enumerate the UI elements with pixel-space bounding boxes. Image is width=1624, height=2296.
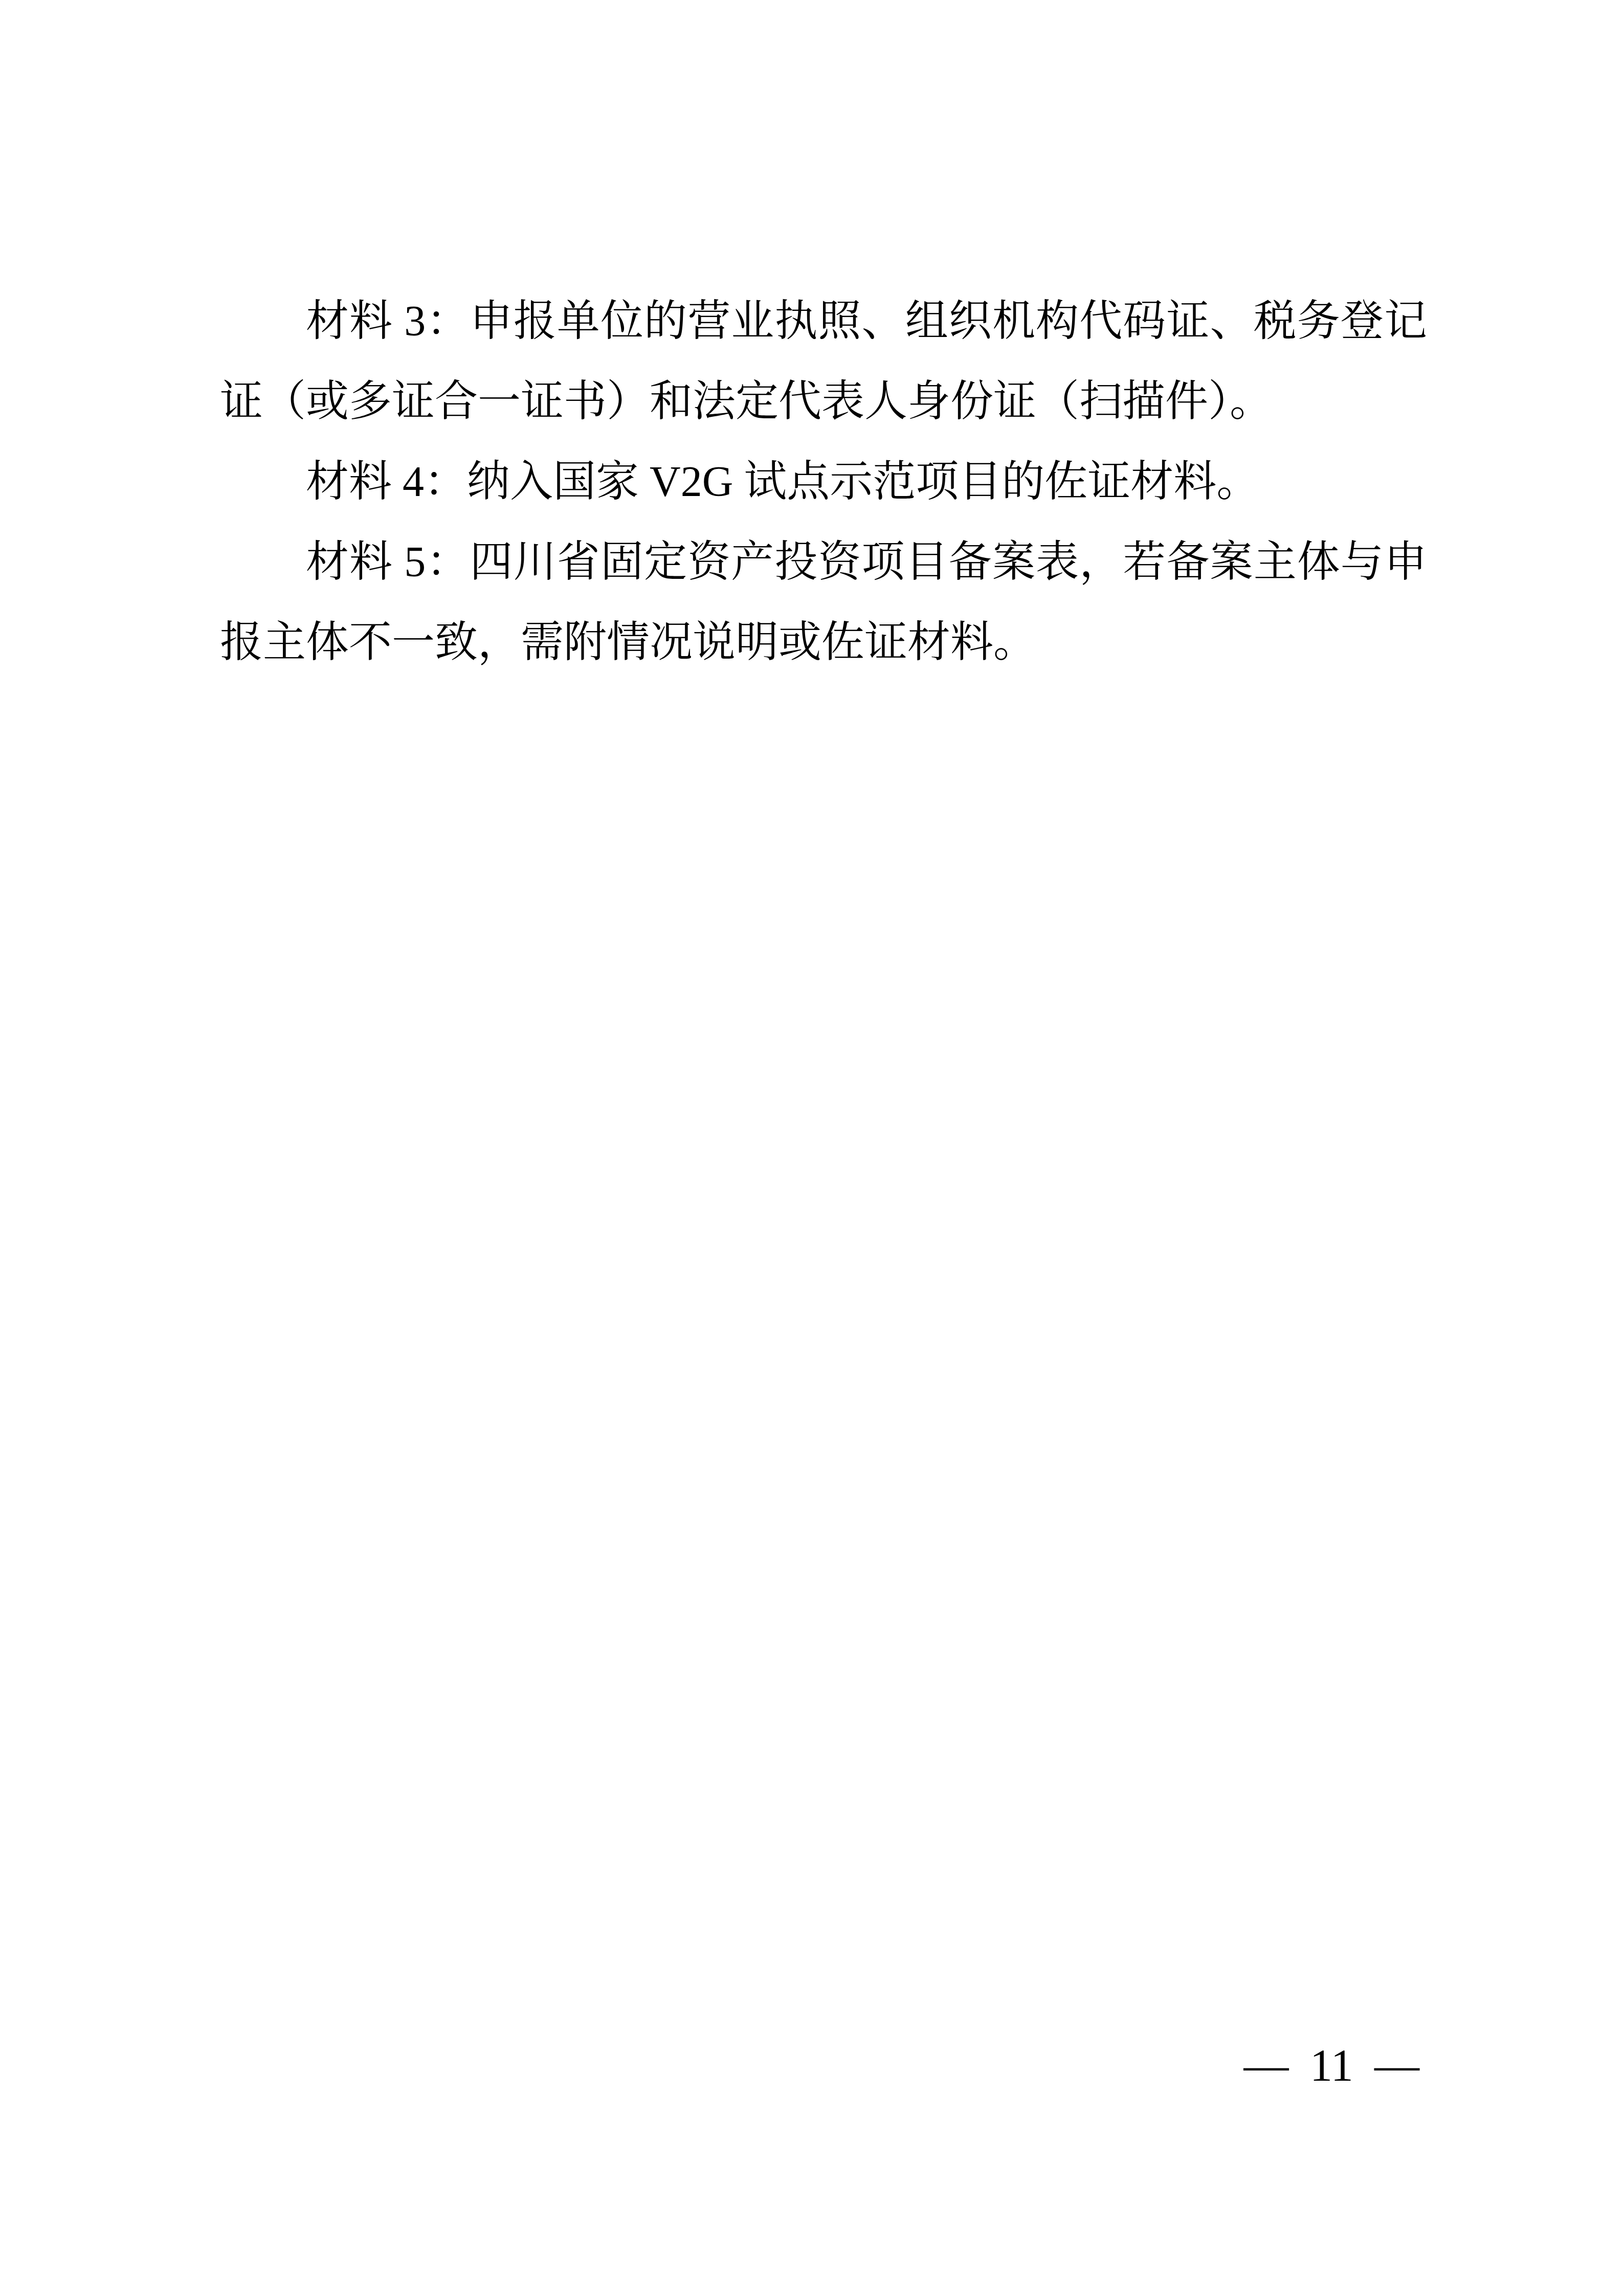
paragraph-line: 证（或多证合一证书）和法定代表人身份证（扫描件）。 bbox=[220, 362, 1427, 442]
paragraph-material-5: 材料 5：四川省固定资产投资项目备案表，若备案主体与申 报主体不一致，需附情况说… bbox=[220, 522, 1427, 683]
document-page: 材料 3：申报单位的营业执照、组织机构代码证、税务登记 证（或多证合一证书）和法… bbox=[0, 0, 1624, 2296]
paragraph-line: 材料 3：申报单位的营业执照、组织机构代码证、税务登记 bbox=[220, 281, 1427, 362]
paragraph-line: 报主体不一致，需附情况说明或佐证材料。 bbox=[220, 602, 1427, 683]
paragraph-line: 材料 4：纳入国家 V2G 试点示范项目的佐证材料。 bbox=[220, 442, 1427, 522]
document-body: 材料 3：申报单位的营业执照、组织机构代码证、税务登记 证（或多证合一证书）和法… bbox=[220, 281, 1427, 683]
paragraph-material-3: 材料 3：申报单位的营业执照、组织机构代码证、税务登记 证（或多证合一证书）和法… bbox=[220, 281, 1427, 442]
paragraph-line: 材料 5：四川省固定资产投资项目备案表，若备案主体与申 bbox=[220, 522, 1427, 602]
page-footer: — 11 — bbox=[1244, 2038, 1419, 2094]
paragraph-material-4: 材料 4：纳入国家 V2G 试点示范项目的佐证材料。 bbox=[220, 442, 1427, 522]
page-number: — 11 — bbox=[1244, 2041, 1419, 2090]
